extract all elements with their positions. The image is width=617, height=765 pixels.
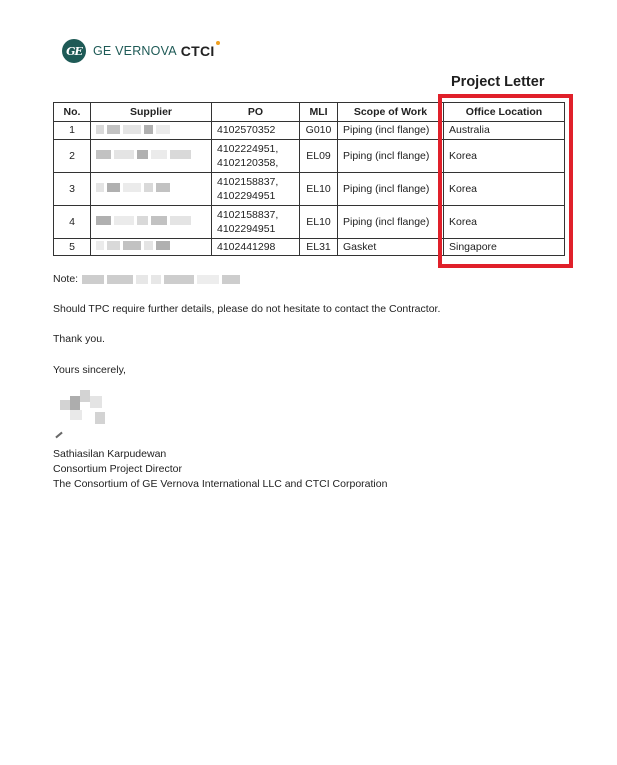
office-location: Korea [444, 172, 565, 205]
po-number: 4102158837,4102294951 [212, 205, 300, 238]
column-header-scope: Scope of Work [338, 103, 444, 122]
redacted-supplier-name [96, 181, 170, 193]
office-location: Korea [444, 205, 565, 238]
office-location: Australia [444, 122, 565, 140]
supplier-redacted [91, 238, 212, 256]
note-label: Note: [53, 273, 78, 285]
ge-emblem-icon: GE [62, 39, 86, 63]
redacted-supplier-name [96, 148, 191, 160]
row-number: 1 [54, 122, 91, 140]
row-number: 4 [54, 205, 91, 238]
mli-code: EL09 [300, 139, 338, 172]
po-number: 4102441298 [212, 238, 300, 256]
supplier-table: No. Supplier PO MLI Scope of Work Office… [53, 102, 565, 256]
mli-code: EL31 [300, 238, 338, 256]
mli-code: EL10 [300, 172, 338, 205]
scope-of-work: Gasket [338, 238, 444, 256]
redacted-note-text [82, 273, 240, 285]
contact-sentence: Should TPC require further details, plea… [53, 303, 440, 315]
redacted-signature [55, 388, 155, 443]
row-number: 5 [54, 238, 91, 256]
mli-code: EL10 [300, 205, 338, 238]
table-row: 44102158837,4102294951EL10Piping (incl f… [54, 205, 565, 238]
scope-of-work: Piping (incl flange) [338, 205, 444, 238]
logo-dot-icon [216, 41, 220, 45]
logo-partner-text: CTCI [181, 43, 215, 59]
po-number: 4102570352 [212, 122, 300, 140]
column-header-no: No. [54, 103, 91, 122]
table-row: 14102570352G010Piping (incl flange)Austr… [54, 122, 565, 140]
signatory-role: Consortium Project Director [53, 463, 182, 475]
supplier-redacted [91, 139, 212, 172]
redacted-supplier-name [96, 214, 191, 226]
po-number: 4102224951,4102120358, [212, 139, 300, 172]
supplier-redacted [91, 205, 212, 238]
office-location: Singapore [444, 238, 565, 256]
document-title: Project Letter [451, 74, 544, 90]
thanks-line: Thank you. [53, 333, 105, 345]
column-header-po: PO [212, 103, 300, 122]
closing-line: Yours sincerely, [53, 364, 126, 376]
signatory-organization: The Consortium of GE Vernova Internation… [53, 478, 387, 490]
mli-code: G010 [300, 122, 338, 140]
table-header-row: No. Supplier PO MLI Scope of Work Office… [54, 103, 565, 122]
table-row: 24102224951,4102120358,EL09Piping (incl … [54, 139, 565, 172]
column-header-supplier: Supplier [91, 103, 212, 122]
note-line: Note: [53, 273, 240, 285]
supplier-redacted [91, 172, 212, 205]
company-logo: GE GE VERNOVA CTCI [62, 38, 215, 64]
scope-of-work: Piping (incl flange) [338, 172, 444, 205]
scope-of-work: Piping (incl flange) [338, 139, 444, 172]
po-number: 4102158837,4102294951 [212, 172, 300, 205]
column-header-office-location: Office Location [444, 103, 565, 122]
column-header-mli: MLI [300, 103, 338, 122]
supplier-redacted [91, 122, 212, 140]
row-number: 3 [54, 172, 91, 205]
redacted-supplier-name [96, 240, 170, 252]
table-row: 54102441298EL31GasketSingapore [54, 238, 565, 256]
signatory-name: Sathiasilan Karpudewan [53, 448, 166, 460]
row-number: 2 [54, 139, 91, 172]
scope-of-work: Piping (incl flange) [338, 122, 444, 140]
office-location: Korea [444, 139, 565, 172]
logo-brand-text: GE VERNOVA [93, 44, 177, 58]
redacted-supplier-name [96, 123, 170, 135]
table-row: 34102158837,4102294951EL10Piping (incl f… [54, 172, 565, 205]
